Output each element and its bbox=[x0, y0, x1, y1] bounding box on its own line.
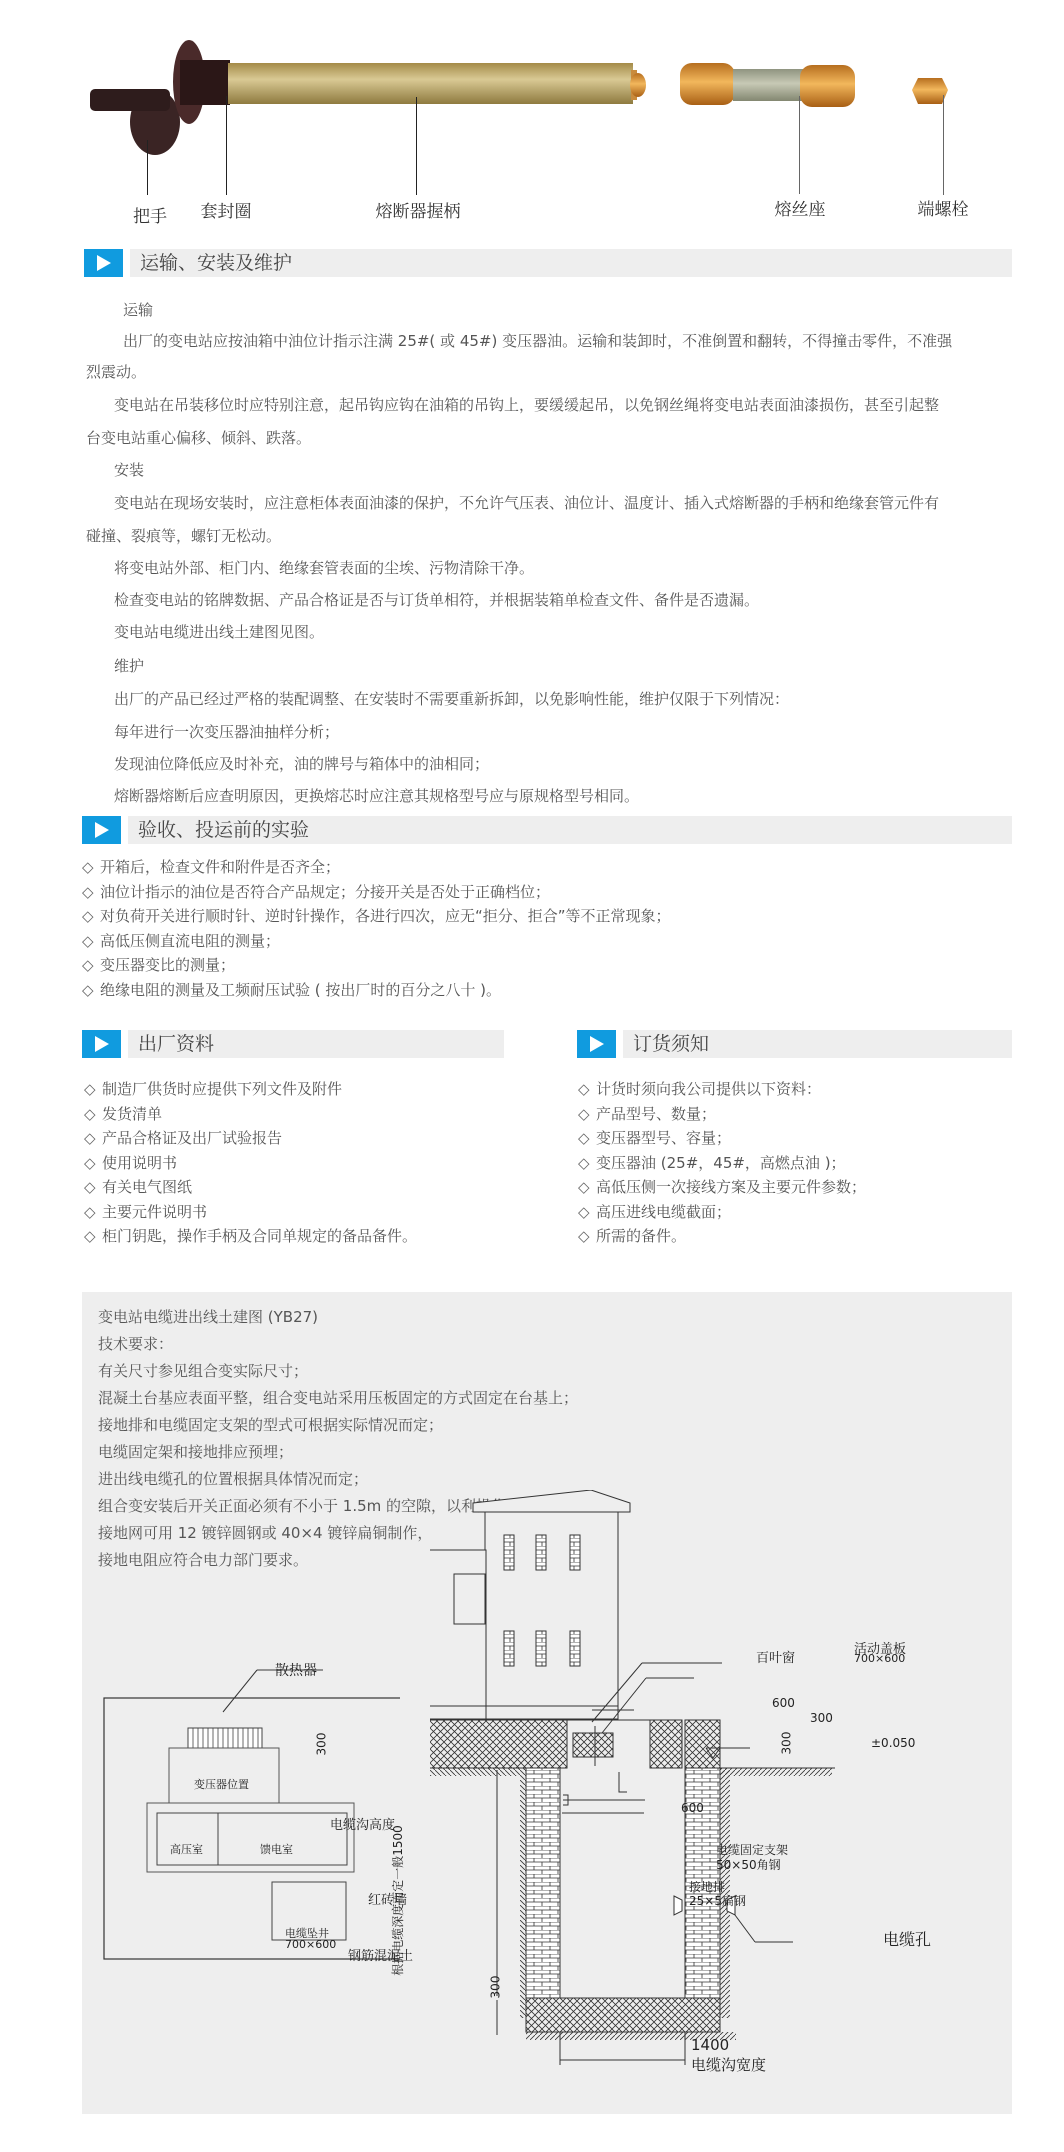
list-item: ◇所需的备件。 bbox=[578, 1224, 866, 1249]
trench-width-value: 1400 bbox=[691, 2036, 729, 2054]
diamond-bullet-icon: ◇ bbox=[84, 1175, 102, 1200]
diamond-bullet-icon: ◇ bbox=[578, 1175, 596, 1200]
drawing-title: 变电站电缆进出线土建图 (YB27) bbox=[98, 1304, 578, 1331]
paragraph: 变电站在吊装移位时应特别注意，起吊钩应钩在油箱的吊钩上，要缓缓起吊，以免钢丝绳将… bbox=[114, 395, 939, 415]
factory-docs-list: ◇制造厂供货时应提供下列文件及附件 ◇发货清单 ◇产品合格证及出厂试验报告 ◇使… bbox=[84, 1077, 417, 1249]
product-image: 把手 套封圈 熔断器握柄 熔丝座 端螺栓 bbox=[0, 0, 1064, 240]
play-arrow-icon bbox=[82, 1030, 121, 1058]
section-view-lines bbox=[430, 1490, 1030, 2090]
list-item: ◇主要元件说明书 bbox=[84, 1200, 417, 1225]
requirement-item: 进出线电缆孔的位置根据具体情况而定； bbox=[98, 1466, 578, 1493]
requirement-item: 电缆固定架和接地排应预埋； bbox=[98, 1439, 578, 1466]
section-header-ordering: 订货须知 bbox=[577, 1030, 1012, 1058]
list-item: ◇柜门钥匙，操作手柄及合同单规定的备品备件。 bbox=[84, 1224, 417, 1249]
section-title: 出厂资料 bbox=[138, 1032, 214, 1056]
list-item: ◇发货清单 bbox=[84, 1102, 417, 1127]
paragraph: 熔断器熔断后应查明原因，更换熔芯时应注意其规格型号应与原规格型号相同。 bbox=[114, 786, 639, 806]
list-item: ◇对负荷开关进行顺时针、逆时针操作，各进行四次，应无“拒分、拒合”等不正常现象； bbox=[82, 904, 671, 929]
section-title: 订货须知 bbox=[633, 1032, 709, 1056]
diamond-bullet-icon: ◇ bbox=[578, 1200, 596, 1225]
subheading: 运输 bbox=[123, 300, 153, 320]
paragraph: 出厂的产品已经过严格的装配调整、在安装时不需要重新拆卸，以免影响性能，维护仅限于… bbox=[114, 689, 789, 709]
leader-line bbox=[147, 140, 148, 195]
requirement-item: 有关尺寸参见组合变实际尺寸； bbox=[98, 1358, 578, 1385]
label-red-brick-wall: 红砖墙 bbox=[368, 1889, 407, 1908]
diamond-bullet-icon: ◇ bbox=[578, 1102, 596, 1127]
dim-300-base: 300 bbox=[314, 1733, 328, 1756]
leader-line bbox=[943, 95, 944, 195]
diamond-bullet-icon: ◇ bbox=[82, 953, 100, 978]
paragraph: 检查变电站的铭牌数据、产品合格证是否与订货单相符，并根据装箱单检查文件、备件是否… bbox=[114, 590, 759, 610]
label-trench-height: 电缆沟高度 bbox=[330, 1814, 395, 1833]
play-arrow-icon bbox=[577, 1030, 616, 1058]
diamond-bullet-icon: ◇ bbox=[82, 978, 100, 1003]
diamond-bullet-icon: ◇ bbox=[84, 1126, 102, 1151]
diamond-bullet-icon: ◇ bbox=[578, 1077, 596, 1102]
diamond-bullet-icon: ◇ bbox=[84, 1102, 102, 1127]
paragraph: 烈震动。 bbox=[86, 362, 146, 382]
label-feeder-room: 馈电室 bbox=[260, 1841, 293, 1857]
dim-600-top: 600 bbox=[772, 1696, 795, 1710]
part-label-end-bolt: 端螺栓 bbox=[918, 195, 969, 220]
paragraph: 台变电站重心偏移、倾斜、跌落。 bbox=[86, 428, 311, 448]
diamond-bullet-icon: ◇ bbox=[84, 1151, 102, 1176]
civil-drawing-panel: 变电站电缆进出线土建图 (YB27) 技术要求： 有关尺寸参见组合变实际尺寸； … bbox=[82, 1292, 1012, 2114]
requirement-item: 接地排和电缆固定支架的型式可根据实际情况而定； bbox=[98, 1412, 578, 1439]
paragraph: 出厂的变电站应按油箱中油位计指示注满 25#( 或 45#) 变压器油。运输和装… bbox=[123, 331, 952, 351]
elevation-mark: ±0.050 bbox=[871, 1736, 915, 1750]
list-item: ◇产品型号、数量； bbox=[578, 1102, 866, 1127]
list-item: ◇制造厂供货时应提供下列文件及附件 bbox=[84, 1077, 417, 1102]
diamond-bullet-icon: ◇ bbox=[84, 1077, 102, 1102]
label-radiator: 散热器 bbox=[275, 1660, 317, 1680]
list-item: ◇有关电气图纸 bbox=[84, 1175, 417, 1200]
paragraph: 发现油位降低应及时补充，油的牌号与箱体中的油相同； bbox=[114, 754, 489, 774]
diamond-bullet-icon: ◇ bbox=[578, 1151, 596, 1176]
label-cable-bracket-spec: 50×50角钢 bbox=[716, 1856, 781, 1873]
paragraph: 变电站电缆进出线土建图见图。 bbox=[114, 622, 324, 642]
label-trench-width: 电缆沟宽度 bbox=[691, 2054, 766, 2075]
paragraph: 变电站在现场安装时，应注意柜体表面油漆的保护，不允许气压表、油位计、温度计、插入… bbox=[114, 493, 939, 513]
paragraph: 每年进行一次变压器油抽样分析； bbox=[114, 722, 339, 742]
ordering-list: ◇计货时须向我公司提供以下资料： ◇产品型号、数量； ◇变压器型号、容量； ◇变… bbox=[578, 1077, 866, 1249]
label-reinforced-concrete: 钢筋混泥土 bbox=[348, 1945, 413, 1964]
part-label-fuse-grip: 熔断器握柄 bbox=[376, 197, 461, 222]
list-item: ◇开箱后，检查文件和附件是否齐全； bbox=[82, 855, 671, 880]
section-title: 验收、投运前的实验 bbox=[138, 818, 309, 842]
subheading: 维护 bbox=[114, 656, 144, 676]
list-item: ◇计货时须向我公司提供以下资料： bbox=[578, 1077, 866, 1102]
dim-300-top: 300 bbox=[810, 1711, 833, 1725]
play-arrow-icon bbox=[82, 816, 121, 844]
list-item: ◇绝缘电阻的测量及工频耐压试验 ( 按出厂时的百分之八十 )。 bbox=[82, 978, 671, 1003]
dim-300-cover: 300 bbox=[779, 1732, 793, 1755]
paragraph: 碰撞、裂痕等，螺钉无松动。 bbox=[86, 526, 281, 546]
section-title: 运输、安装及维护 bbox=[140, 251, 292, 275]
diamond-bullet-icon: ◇ bbox=[82, 880, 100, 905]
list-item: ◇产品合格证及出厂试验报告 bbox=[84, 1126, 417, 1151]
paragraph: 将变电站外部、柜门内、绝缘套管表面的尘埃、污物清除干净。 bbox=[114, 558, 534, 578]
leader-line bbox=[226, 96, 227, 195]
label-hv-room: 高压室 bbox=[170, 1841, 203, 1857]
section-header-acceptance: 验收、投运前的实验 bbox=[82, 816, 1012, 844]
leader-line bbox=[799, 96, 800, 194]
requirement-item: 混凝土台基应表面平整，组合变电站采用压板固定的方式固定在台基上； bbox=[98, 1385, 578, 1412]
label-cable-pit-size: 700×600 bbox=[285, 1938, 336, 1951]
label-louver: 百叶窗 bbox=[756, 1647, 795, 1666]
diamond-bullet-icon: ◇ bbox=[82, 904, 100, 929]
dim-300-bottom: 300 bbox=[488, 1976, 502, 1999]
list-item: ◇高低压侧直流电阻的测量； bbox=[82, 929, 671, 954]
list-item: ◇变压器型号、容量； bbox=[578, 1126, 866, 1151]
diamond-bullet-icon: ◇ bbox=[84, 1224, 102, 1249]
list-item: ◇变压器变比的测量； bbox=[82, 953, 671, 978]
list-item: ◇油位计指示的油位是否符合产品规定；分接开关是否处于正确档位； bbox=[82, 880, 671, 905]
dim-600-inner: 600 bbox=[681, 1801, 704, 1815]
label-cable-hole: 电缆孔 bbox=[883, 1927, 931, 1950]
part-label-seal-ring: 套封圈 bbox=[201, 197, 252, 222]
diamond-bullet-icon: ◇ bbox=[82, 855, 100, 880]
play-arrow-icon bbox=[84, 249, 123, 277]
part-label-handle: 把手 bbox=[133, 202, 167, 227]
diamond-bullet-icon: ◇ bbox=[578, 1224, 596, 1249]
section-header-factory-docs: 出厂资料 bbox=[82, 1030, 504, 1058]
diamond-bullet-icon: ◇ bbox=[84, 1200, 102, 1225]
label-transformer-position: 变压器位置 bbox=[194, 1776, 249, 1792]
leader-line bbox=[416, 97, 417, 195]
label-movable-cover-size: 700×600 bbox=[854, 1652, 905, 1665]
diamond-bullet-icon: ◇ bbox=[578, 1126, 596, 1151]
diamond-bullet-icon: ◇ bbox=[82, 929, 100, 954]
part-label-fuse-holder: 熔丝座 bbox=[775, 195, 826, 220]
list-item: ◇高压进线电缆截面； bbox=[578, 1200, 866, 1225]
list-item: ◇使用说明书 bbox=[84, 1151, 417, 1176]
list-item: ◇高低压侧一次接线方案及主要元件参数； bbox=[578, 1175, 866, 1200]
label-ground-bar-spec: 25×5扁钢 bbox=[689, 1892, 746, 1909]
requirement-heading: 技术要求： bbox=[98, 1331, 578, 1358]
subheading: 安装 bbox=[114, 460, 144, 480]
list-item: ◇变压器油 (25#，45#，高燃点油 )； bbox=[578, 1151, 866, 1176]
section-header-transport: 运输、安装及维护 bbox=[84, 249, 1012, 277]
acceptance-list: ◇开箱后，检查文件和附件是否齐全； ◇油位计指示的油位是否符合产品规定；分接开关… bbox=[82, 855, 671, 1002]
